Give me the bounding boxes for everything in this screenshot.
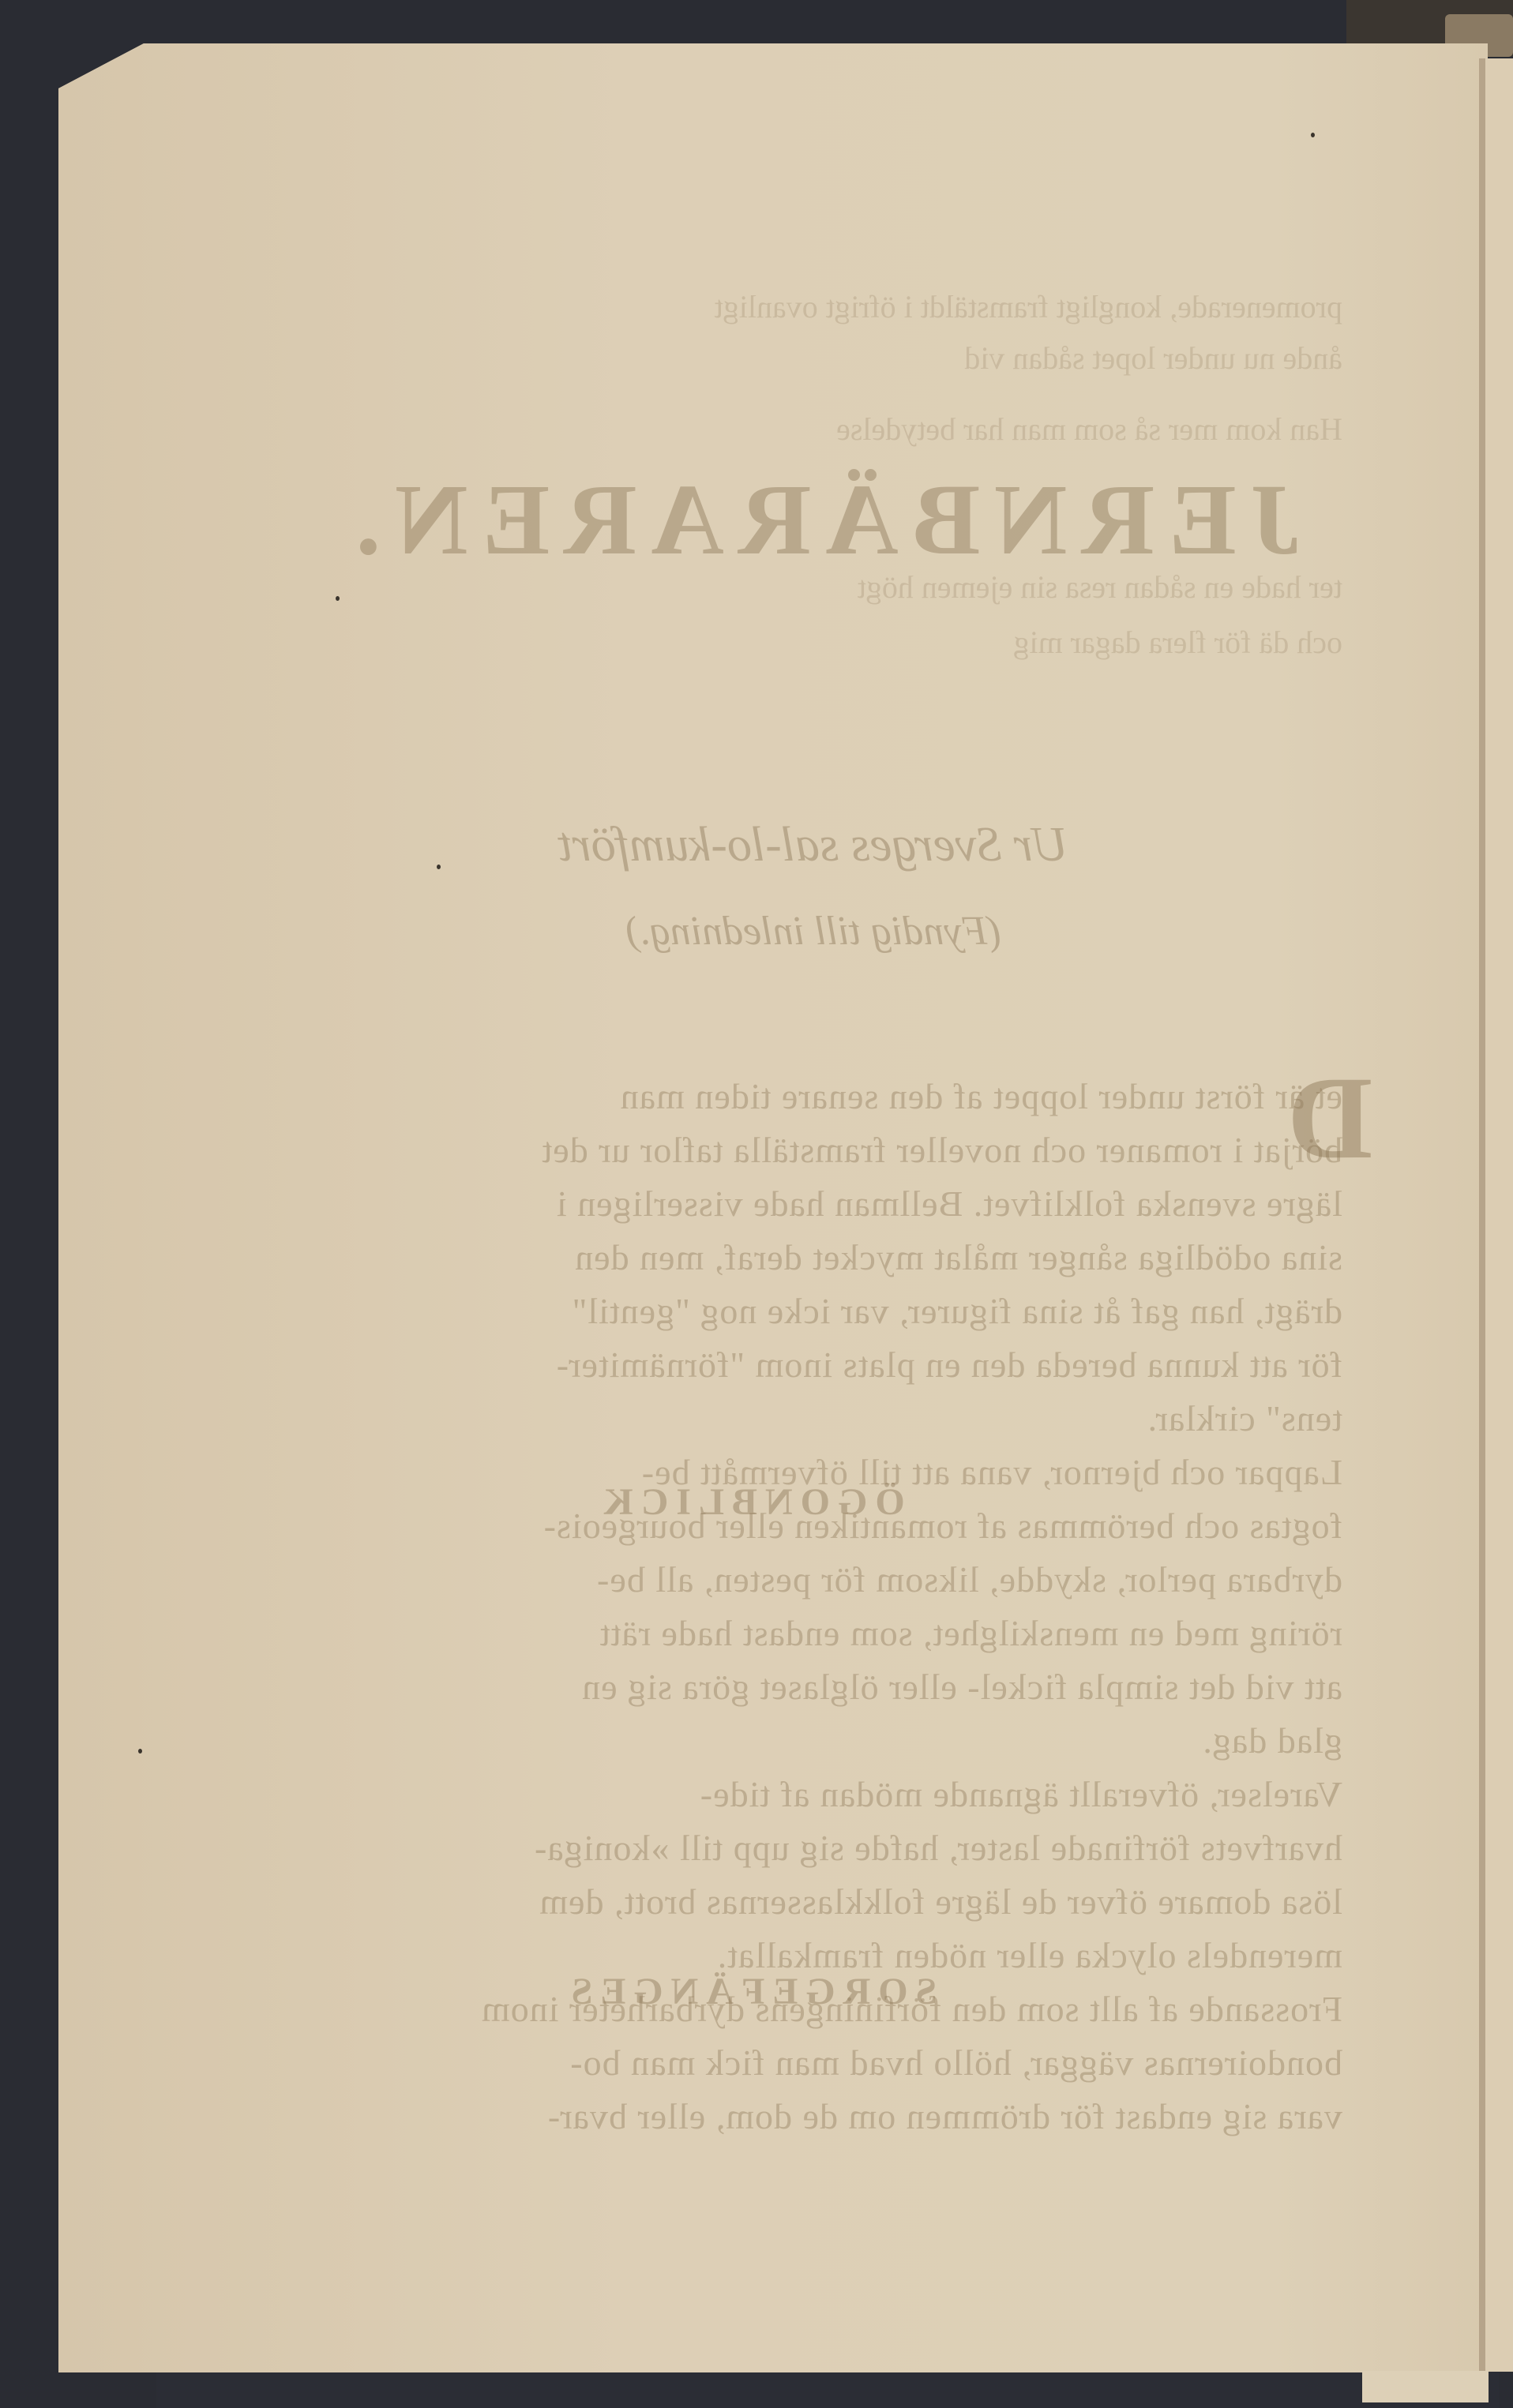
next-page-edge bbox=[1485, 58, 1513, 2372]
bleed-body-line: Varelser, öfverallt ägnande mödan af tid… bbox=[229, 1768, 1342, 1821]
bleed-body-line: drägt, han gaf åt sina figurer, var icke… bbox=[229, 1285, 1342, 1338]
paper-speck bbox=[437, 865, 441, 869]
bleed-faint-line: promenerade, kongligt framstäldt i öfrig… bbox=[237, 288, 1342, 325]
bleed-body-line: tens" cirklar. bbox=[229, 1392, 1342, 1446]
bleed-section-heading: ÖGONBLICK bbox=[395, 1480, 1106, 1524]
paper-speck bbox=[336, 596, 340, 601]
bleed-faint-line: ånde nu under lopet sådan vid bbox=[237, 339, 1342, 377]
bleed-body-line: hvarfvets förfinade laster, hafde sig up… bbox=[229, 1821, 1342, 1875]
bleed-body-line: lägre svenska folklifvet. Bellman hade v… bbox=[229, 1177, 1342, 1231]
bleed-body-line: sina odödliga sånger målat mycket deraf,… bbox=[229, 1231, 1342, 1285]
bleed-script-heading: Ur Sverges sal-lo-kumfört bbox=[300, 817, 1327, 873]
bleed-body-line: att vid det simpla fickel- eller ölglase… bbox=[229, 1660, 1342, 1714]
scanner-background-bottom bbox=[156, 2372, 1499, 2408]
bleed-faint-line: och dä för flera dagar mig bbox=[237, 624, 1342, 661]
bleed-body-line: vara sig endast för drömmen om de dom, e… bbox=[229, 2090, 1342, 2144]
bleed-body-line: dyrbara perlor, skydde, liksom för peste… bbox=[229, 1553, 1342, 1607]
bleed-subtitle: (Fyndig till inledning.) bbox=[300, 908, 1327, 955]
paper-speck bbox=[1311, 133, 1315, 137]
bleed-section-heading: SORGEFÄNGES bbox=[395, 1970, 1106, 2013]
paper-speck bbox=[138, 1749, 142, 1753]
bleed-body-line: börjat i romaner och noveller framställa… bbox=[229, 1123, 1342, 1177]
bleed-title: JERNBÄRAREN. bbox=[308, 462, 1335, 578]
page-corner-bottom-right bbox=[1362, 2371, 1489, 2402]
bleed-body-line: röring med en menskilghet, som endast ha… bbox=[229, 1607, 1342, 1660]
bleed-body-line: lösa domare öfver de lägre folkklasserna… bbox=[229, 1875, 1342, 1929]
bleed-body-line: för att kunna bereda den en plats inom "… bbox=[229, 1338, 1342, 1392]
bleed-body-line: bondoirernas väggar, höllo hvad man fick… bbox=[229, 2036, 1342, 2090]
bleed-body-line: et är först under loppet af den senare t… bbox=[229, 1070, 1342, 1123]
bleed-body-line: glad dag. bbox=[229, 1714, 1342, 1768]
page-gutter-fold bbox=[1479, 58, 1485, 2372]
bleed-faint-line: Han kom mer så som man har betydelse bbox=[237, 411, 1342, 448]
